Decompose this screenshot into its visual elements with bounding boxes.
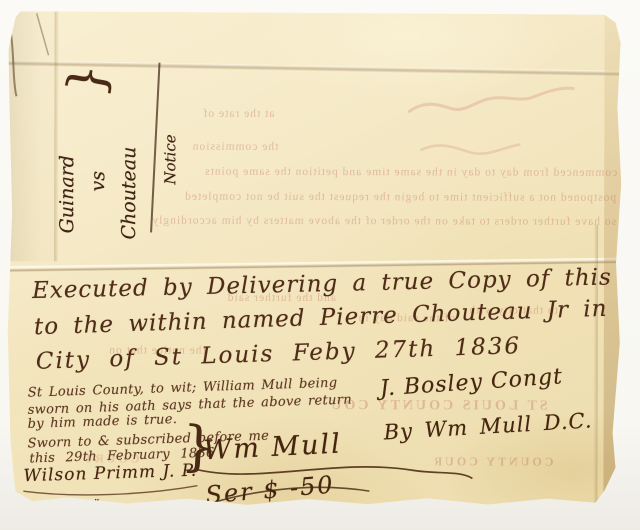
- fee-note: Ser $ -50: [204, 470, 335, 509]
- bleedthrough-print-line: commenced from day to day in the same ti…: [155, 166, 617, 179]
- scanned-document-page: at the rate of the commission commenced …: [0, 0, 640, 530]
- torn-right-edge: [603, 13, 622, 510]
- docket-title-block: Guinard vs Chouteau }: [52, 79, 148, 239]
- bleedthrough-handwriting-squiggle: [408, 88, 574, 113]
- paper-sheet: at the rate of the commission commenced …: [7, 11, 622, 510]
- justice-underline-flourish: [23, 485, 197, 495]
- docket-label: Notice: [161, 95, 183, 185]
- bleedthrough-print-line: so have further orders to take on the or…: [148, 215, 616, 228]
- docket-rule-line: [150, 63, 160, 233]
- docket-plaintiff: Guinard: [52, 79, 83, 233]
- docket-defendant: Chouteau: [114, 79, 145, 239]
- constable-signature: J. Bosley Congt: [379, 364, 564, 401]
- bleedthrough-print-line: postponed not a sufficient time to begin…: [166, 191, 616, 204]
- return-line-3: City of St Louis Feby 27th 1836: [35, 333, 521, 375]
- bleedthrough-print-line: at the rate of: [188, 108, 274, 120]
- ditto-mark: „: [93, 489, 99, 503]
- bleedthrough-handwriting-squiggle: [420, 144, 520, 154]
- left-flap-shading: [8, 11, 57, 261]
- bleedthrough-heading: COUNTY COURT: [435, 454, 553, 469]
- witness-signature: Wm Mull: [203, 428, 343, 466]
- signature-underline-flourish: [197, 466, 472, 478]
- bleedthrough-print-line: the commission: [186, 141, 278, 153]
- justice-signature: Wilson Primm J. P.: [23, 461, 197, 487]
